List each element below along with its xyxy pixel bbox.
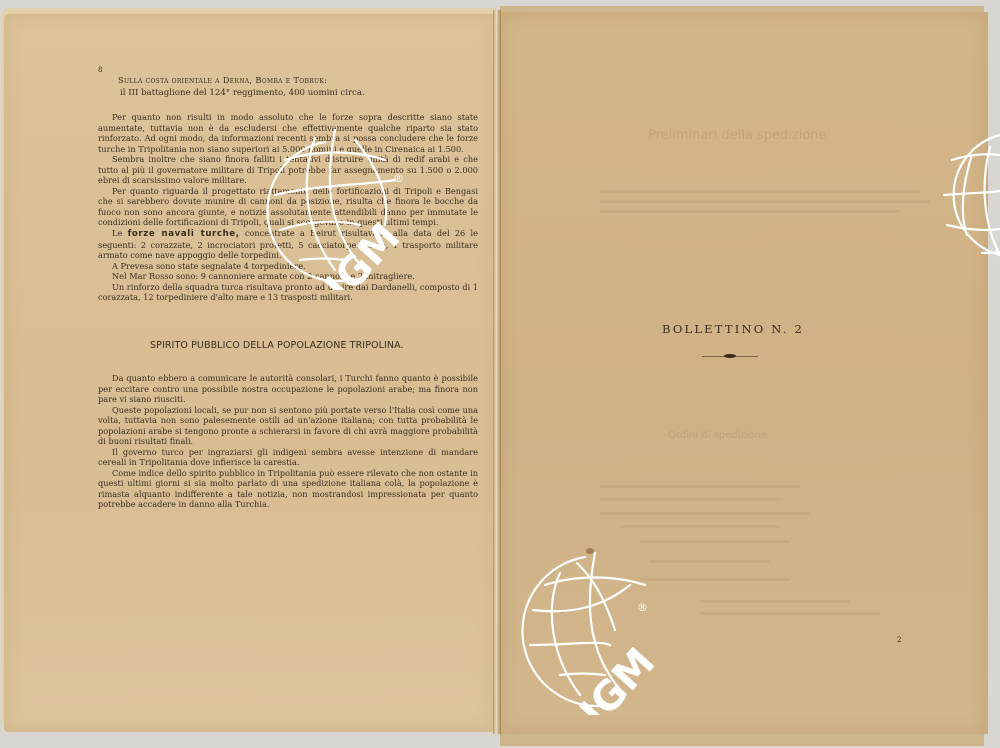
paragraph-block-spirito: Da quanto ebbero a comunicare le autorit… bbox=[98, 373, 478, 510]
ghost-line bbox=[600, 210, 900, 213]
ghost-heading-top: Preliminari della spedizione bbox=[648, 128, 827, 143]
ghost-line bbox=[600, 200, 930, 203]
ghost-line bbox=[700, 612, 880, 615]
ghost-line bbox=[600, 190, 920, 193]
bollettino-title: BOLLETTINO N. 2 bbox=[662, 322, 822, 336]
ghost-line bbox=[640, 540, 790, 543]
ghost-line bbox=[600, 512, 810, 515]
registered-mark: ® bbox=[637, 601, 648, 614]
igm-watermark-logo: IGM ® bbox=[255, 120, 425, 290]
ghost-line bbox=[600, 498, 780, 501]
naval-bold-term: forze navali turche, bbox=[128, 229, 240, 239]
paragraph: Da quanto ebbero a comunicare le autorit… bbox=[98, 373, 478, 405]
section-line: il III battaglione del 124° reggimento, … bbox=[120, 88, 480, 99]
paragraph: Il governo turco per ingraziarsi gli ind… bbox=[98, 447, 478, 468]
section-heading-text: Sulla costa orientale a Derna, Bomba e T… bbox=[118, 75, 327, 85]
right-page-number: 2 bbox=[897, 636, 901, 644]
igm-watermark-logo-partial bbox=[932, 125, 1000, 265]
igm-watermark-logo: IGM ® bbox=[515, 545, 685, 715]
ghost-line bbox=[620, 525, 780, 528]
ghost-heading-mid: Ordini di spedizione bbox=[668, 430, 767, 441]
heading-spirito-pubblico: SPIRITO PUBBLICO DELLA POPOLAZIONE TRIPO… bbox=[150, 340, 410, 351]
registered-mark: ® bbox=[393, 172, 404, 185]
ghost-line bbox=[600, 485, 800, 488]
left-page-number: 8 bbox=[98, 66, 102, 74]
ghost-line bbox=[700, 600, 850, 603]
title-ornament bbox=[702, 354, 758, 358]
section-heading-derna: Sulla costa orientale a Derna, Bomba e T… bbox=[118, 75, 478, 86]
paragraph: Queste popolazioni locali, se pur non si… bbox=[98, 405, 478, 447]
paragraph: Come indice dello spirito pubblico in Tr… bbox=[98, 468, 478, 510]
book-spine bbox=[493, 10, 501, 734]
naval-lead: Le bbox=[112, 228, 122, 238]
watermark-text: IGM bbox=[317, 214, 410, 290]
watermark-text: IGM bbox=[572, 639, 665, 715]
